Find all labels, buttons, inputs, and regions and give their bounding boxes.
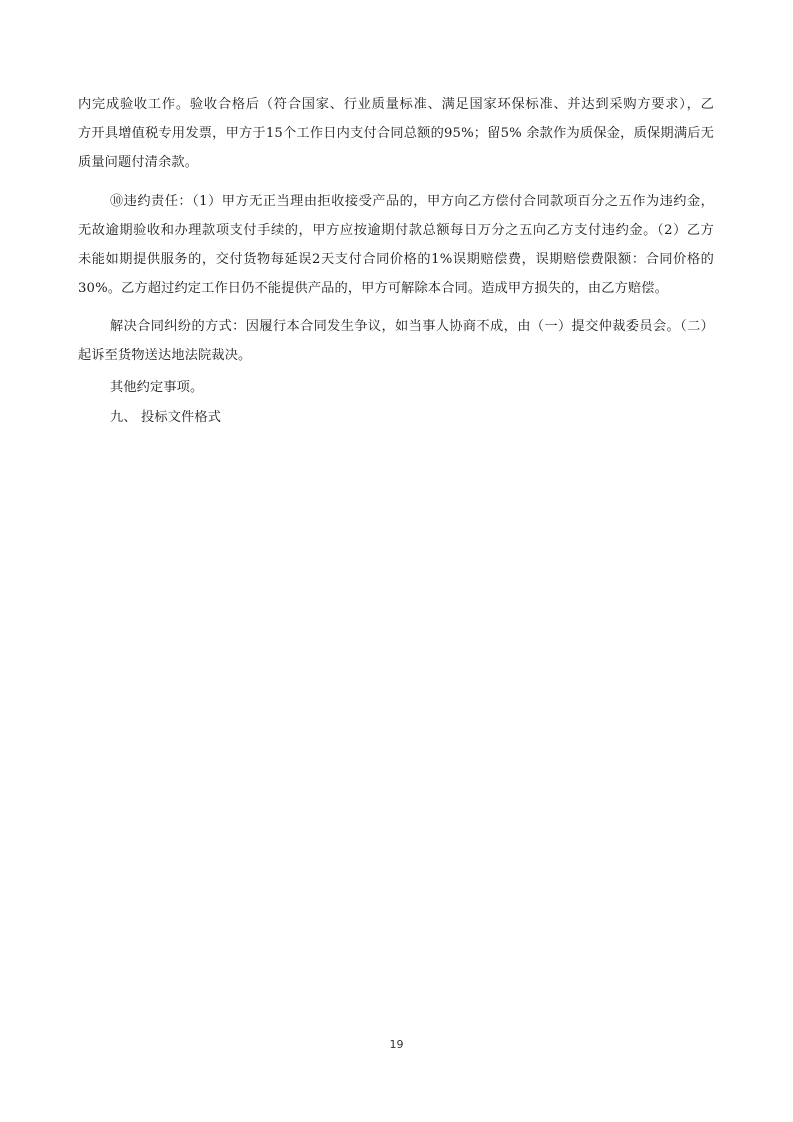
paragraph-breach-line-4: 30%。乙方超过约定工作日仍不能提供产品的，甲方可解除本合同。造成甲方损失的，由…	[78, 281, 714, 297]
paragraph-dispute-line-2: 起诉至货物送达地法院裁决。	[78, 348, 714, 364]
paragraph-breach-line-1: ⑩违约责任：（1）甲方无正当理由拒收接受产品的，甲方向乙方偿付合同款项百分之五作…	[110, 194, 714, 210]
paragraph-acceptance-line-2: 方开具增值税专用发票，甲方于15个工作日内支付合同总额的95%；留5% 余款作为…	[78, 126, 714, 142]
paragraph-breach-line-2: 无故逾期验收和办理款项支付手续的，甲方应按逾期付款总额每日万分之五向乙方支付违约…	[78, 223, 714, 239]
paragraph-dispute-line-1: 解决合同纠纷的方式：因履行本合同发生争议，如当事人协商不成，由（一）提交仲裁委员…	[110, 319, 714, 335]
section-heading-nine: 九、 投标文件格式	[110, 410, 714, 426]
document-page: 内完成验收工作。验收合格后（符合国家、行业质量标准、满足国家环保标准、并达到采购…	[0, 0, 793, 1122]
paragraph-other-matters: 其他约定事项。	[110, 380, 714, 396]
paragraph-acceptance-line-1: 内完成验收工作。验收合格后（符合国家、行业质量标准、满足国家环保标准、并达到采购…	[78, 97, 714, 113]
page-number: 19	[0, 1038, 793, 1051]
paragraph-breach-line-3: 未能如期提供服务的，交付货物每延误2天支付合同价格的1%误期赔偿费，误期赔偿费限…	[78, 252, 714, 268]
paragraph-acceptance-line-3: 质量问题付清余款。	[78, 155, 714, 171]
